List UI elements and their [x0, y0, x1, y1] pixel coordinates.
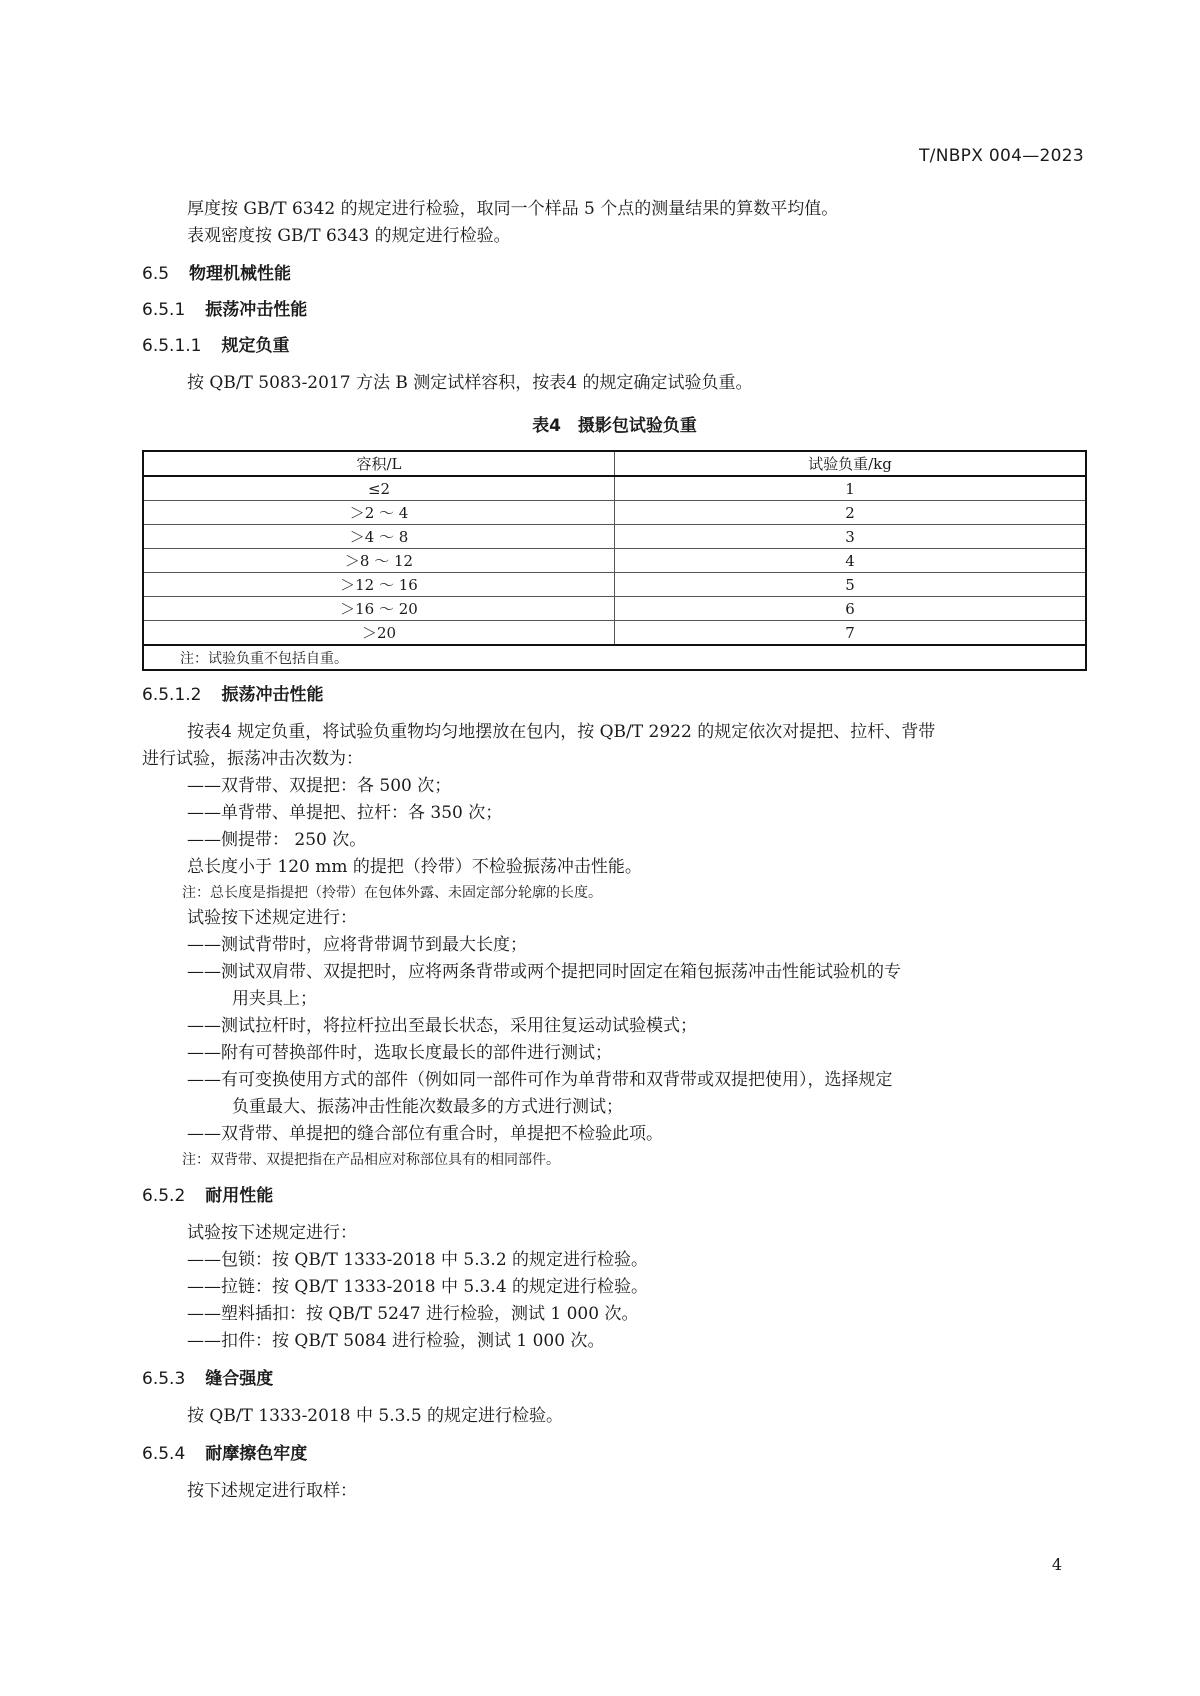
heading-title: 规定负重	[221, 336, 289, 356]
rule-item: ——有可变换使用方式的部件（例如同一部件可作为单背带和双背带或双提把使用），选择…	[142, 1067, 1087, 1121]
document-page: T/NBPX 004—2023 厚度按 GB/T 6342 的规定进行检验，取同…	[0, 0, 1200, 1696]
cell-load: 5	[615, 573, 1087, 597]
durability-item: ——包锁：按 QB/T 1333-2018 中 5.3.2 的规定进行检验。	[142, 1247, 1087, 1274]
note-length: 注：总长度是指提把（拎带）在包体外露、未固定部分轮廓的长度。	[142, 881, 1087, 905]
shock-paragraph-line1: 按表4 规定负重，将试验负重物均匀地摆放在包内，按 QB/T 2922 的规定依…	[142, 719, 1087, 746]
load-table: 容积/L 试验负重/kg ≤21 ＞2 ～ 42 ＞4 ～ 83 ＞8 ～ 12…	[142, 450, 1087, 671]
cell-load: 7	[615, 621, 1087, 646]
cell-volume: ＞12 ～ 16	[143, 573, 615, 597]
cell-load: 6	[615, 597, 1087, 621]
rules-intro: 试验按下述规定进行：	[142, 905, 1087, 932]
shock-paragraph-line2: 进行试验，振荡冲击次数为：	[142, 746, 1087, 773]
heading-number: 6.5	[142, 262, 169, 286]
count-item: ——单背带、单提把、拉杆：各 350 次；	[142, 800, 1087, 827]
page-number: 4	[1052, 1555, 1062, 1574]
intro-line-density: 表观密度按 GB/T 6343 的规定进行检验。	[142, 223, 1087, 250]
load-paragraph: 按 QB/T 5083-2017 方法 B 测定试样容积，按表4 的规定确定试验…	[142, 370, 1087, 397]
cell-volume: ≤2	[143, 476, 615, 501]
heading-number: 6.5.1.2	[142, 683, 201, 707]
intro-line-thickness: 厚度按 GB/T 6342 的规定进行检验，取同一个样品 5 个点的测量结果的算…	[142, 196, 1087, 223]
durability-item: ——扣件：按 QB/T 5084 进行检验，测试 1 000 次。	[142, 1328, 1087, 1355]
table-row: ＞8 ～ 124	[143, 549, 1086, 573]
rule-item: ——测试双肩带、双提把时，应将两条背带或两个提把同时固定在箱包振荡冲击性能试验机…	[142, 959, 1087, 1013]
heading-title: 振荡冲击性能	[221, 685, 323, 705]
cell-volume: ＞4 ～ 8	[143, 525, 615, 549]
cell-load: 2	[615, 501, 1087, 525]
table-note-row: 注：试验负重不包括自重。	[143, 645, 1086, 670]
heading-6-5-1-1: 6.5.1.1规定负重	[142, 334, 1087, 358]
rule-text: ——测试双肩带、双提把时，应将两条背带或两个提把同时固定在箱包振荡冲击性能试验机…	[187, 962, 901, 982]
heading-title: 物理机械性能	[189, 264, 291, 284]
column-header-load: 试验负重/kg	[615, 451, 1087, 476]
heading-title: 耐用性能	[205, 1186, 273, 1206]
heading-title: 耐摩擦色牢度	[205, 1444, 307, 1464]
count-item: ——侧提带： 250 次。	[142, 827, 1087, 854]
rule-item: ——附有可替换部件时，选取长度最长的部件进行测试；	[142, 1040, 1087, 1067]
heading-6-5-2: 6.5.2耐用性能	[142, 1184, 1087, 1208]
table-row: ＞2 ～ 42	[143, 501, 1086, 525]
heading-number: 6.5.1.1	[142, 334, 201, 358]
rule-item: ——测试背带时，应将背带调节到最大长度；	[142, 932, 1087, 959]
heading-number: 6.5.1	[142, 298, 185, 322]
rule-continuation: 用夹具上；	[187, 986, 1087, 1013]
rule-item: ——双背带、单提把的缝合部位有重合时，单提把不检验此项。	[142, 1121, 1087, 1148]
cell-volume: ＞16 ～ 20	[143, 597, 615, 621]
cell-volume: ＞20	[143, 621, 615, 646]
table-note: 注：试验负重不包括自重。	[143, 645, 1086, 670]
table-row: ＞12 ～ 165	[143, 573, 1086, 597]
cell-volume: ＞2 ～ 4	[143, 501, 615, 525]
table-caption: 表4 摄影包试验负重	[142, 411, 1087, 436]
rub-fastness-text: 按下述规定进行取样：	[142, 1478, 1087, 1505]
durability-item: ——塑料插扣：按 QB/T 5247 进行检验，测试 1 000 次。	[142, 1301, 1087, 1328]
table-row: ＞4 ～ 83	[143, 525, 1086, 549]
heading-title: 振荡冲击性能	[205, 300, 307, 320]
durability-item: ——拉链：按 QB/T 1333-2018 中 5.3.4 的规定进行检验。	[142, 1274, 1087, 1301]
table-row: ≤21	[143, 476, 1086, 501]
heading-6-5: 6.5物理机械性能	[142, 262, 1087, 286]
cell-load: 3	[615, 525, 1087, 549]
length-rule: 总长度小于 120 mm 的提把（拎带）不检验振荡冲击性能。	[142, 854, 1087, 881]
seam-strength-text: 按 QB/T 1333-2018 中 5.3.5 的规定进行检验。	[142, 1403, 1087, 1430]
document-id: T/NBPX 004—2023	[919, 146, 1084, 166]
table-header-row: 容积/L 试验负重/kg	[143, 451, 1086, 476]
note-symmetric-parts: 注：双背带、双提把指在产品相应对称部位具有的相同部件。	[142, 1148, 1087, 1172]
rule-continuation: 负重最大、振荡冲击性能次数最多的方式进行测试；	[187, 1094, 1087, 1121]
count-item: ——双背带、双提把：各 500 次；	[142, 773, 1087, 800]
rule-item: ——测试拉杆时，将拉杆拉出至最长状态，采用往复运动试验模式；	[142, 1013, 1087, 1040]
table-row: ＞207	[143, 621, 1086, 646]
heading-number: 6.5.4	[142, 1442, 185, 1466]
durability-intro: 试验按下述规定进行：	[142, 1220, 1087, 1247]
cell-volume: ＞8 ～ 12	[143, 549, 615, 573]
rule-text: ——有可变换使用方式的部件（例如同一部件可作为单背带和双背带或双提把使用），选择…	[187, 1070, 893, 1090]
heading-title: 缝合强度	[205, 1369, 273, 1389]
heading-6-5-1: 6.5.1振荡冲击性能	[142, 298, 1087, 322]
cell-load: 4	[615, 549, 1087, 573]
cell-load: 1	[615, 476, 1087, 501]
heading-number: 6.5.2	[142, 1184, 185, 1208]
heading-number: 6.5.3	[142, 1367, 185, 1391]
heading-6-5-3: 6.5.3缝合强度	[142, 1367, 1087, 1391]
heading-6-5-4: 6.5.4耐摩擦色牢度	[142, 1442, 1087, 1466]
page-content: 厚度按 GB/T 6342 的规定进行检验，取同一个样品 5 个点的测量结果的算…	[142, 196, 1087, 1505]
heading-6-5-1-2: 6.5.1.2振荡冲击性能	[142, 683, 1087, 707]
column-header-volume: 容积/L	[143, 451, 615, 476]
table-row: ＞16 ～ 206	[143, 597, 1086, 621]
